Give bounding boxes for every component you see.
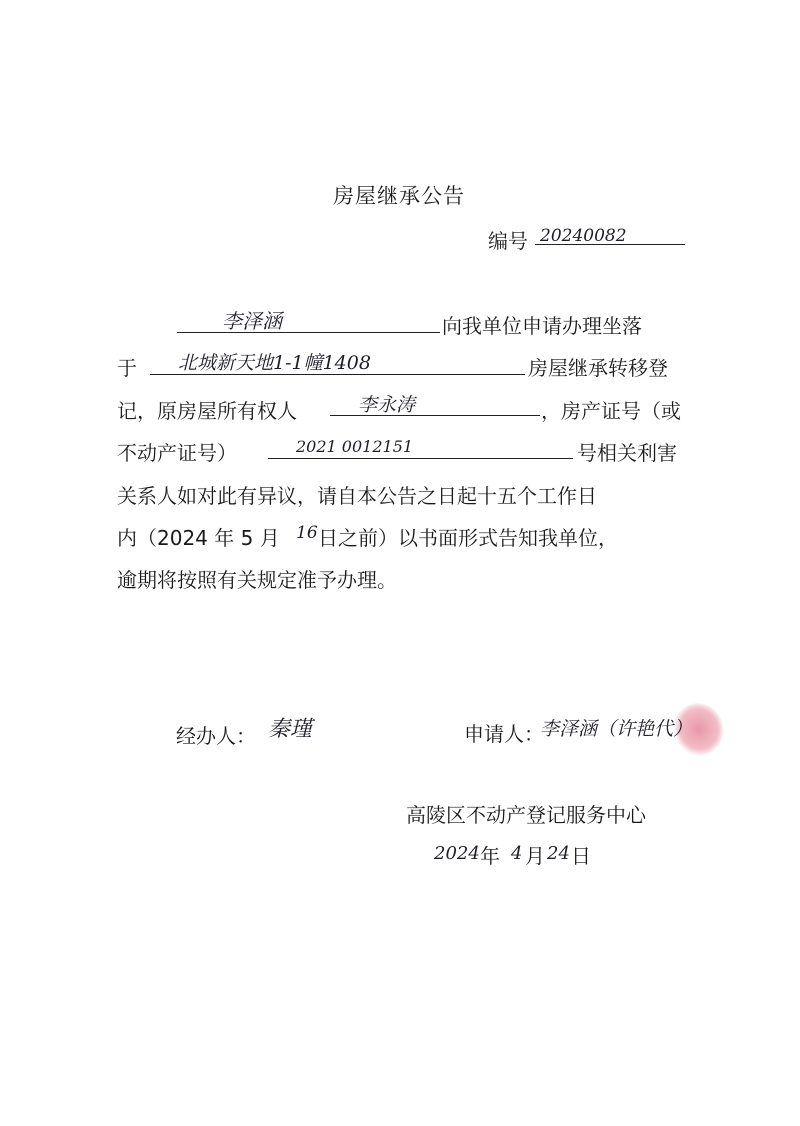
issue-date-year: 2024 (434, 843, 480, 864)
issue-date-day-suffix: 日 (571, 840, 591, 869)
cert-number-handwritten: 2021 0012151 (296, 437, 413, 456)
body-line-3-text: ，房产证号（或 (541, 395, 681, 424)
body-line-4-text: 号相关利害 (577, 437, 677, 466)
issue-date-month-suffix: 月 (525, 840, 545, 869)
body-line-2-text: 房屋继承转移登 (528, 352, 668, 381)
serial-number-value: 20240082 (540, 226, 627, 246)
applicant-name-handwritten: 李泽涵 (222, 305, 282, 334)
body-line-4-prefix: 不动产证号） (117, 437, 237, 466)
handler-label: 经办人： (176, 720, 256, 749)
body-line-2-prefix: 于 (117, 352, 137, 381)
applicant-label: 申请人： (464, 718, 544, 747)
body-line-3-prefix: 记，原房屋所有权人 (117, 395, 297, 424)
body-line-5: 关系人如对此有异议，请自本公告之日起十五个工作日 (117, 480, 597, 509)
applicant-blank (177, 306, 440, 333)
body-line-1-text: 向我单位申请办理坐落 (442, 310, 642, 339)
owner-name-handwritten: 李永涛 (358, 390, 415, 417)
handler-signature: 秦瑾 (268, 712, 312, 743)
applicant-signature: 李泽涵（许艳代） (540, 714, 692, 741)
issue-date-month: 4 (511, 843, 522, 864)
document-title: 房屋继承公告 (333, 180, 465, 210)
issuer-organization: 高陵区不动产登记服务中心 (406, 799, 646, 828)
serial-number-label: 编号 (488, 225, 528, 254)
deadline-day-handwritten: 16 (296, 523, 318, 543)
location-handwritten: 北城新天地1-1幢1408 (178, 348, 371, 375)
issue-date-day: 24 (547, 843, 570, 864)
body-line-6-text: 日之前）以书面形式告知我单位， (318, 522, 618, 551)
body-line-7: 逾期将按照有关规定准予办理。 (117, 564, 397, 593)
body-line-6-prefix: 内（2024 年 5 月 (117, 522, 280, 551)
issue-date-year-suffix: 年 (480, 840, 500, 869)
